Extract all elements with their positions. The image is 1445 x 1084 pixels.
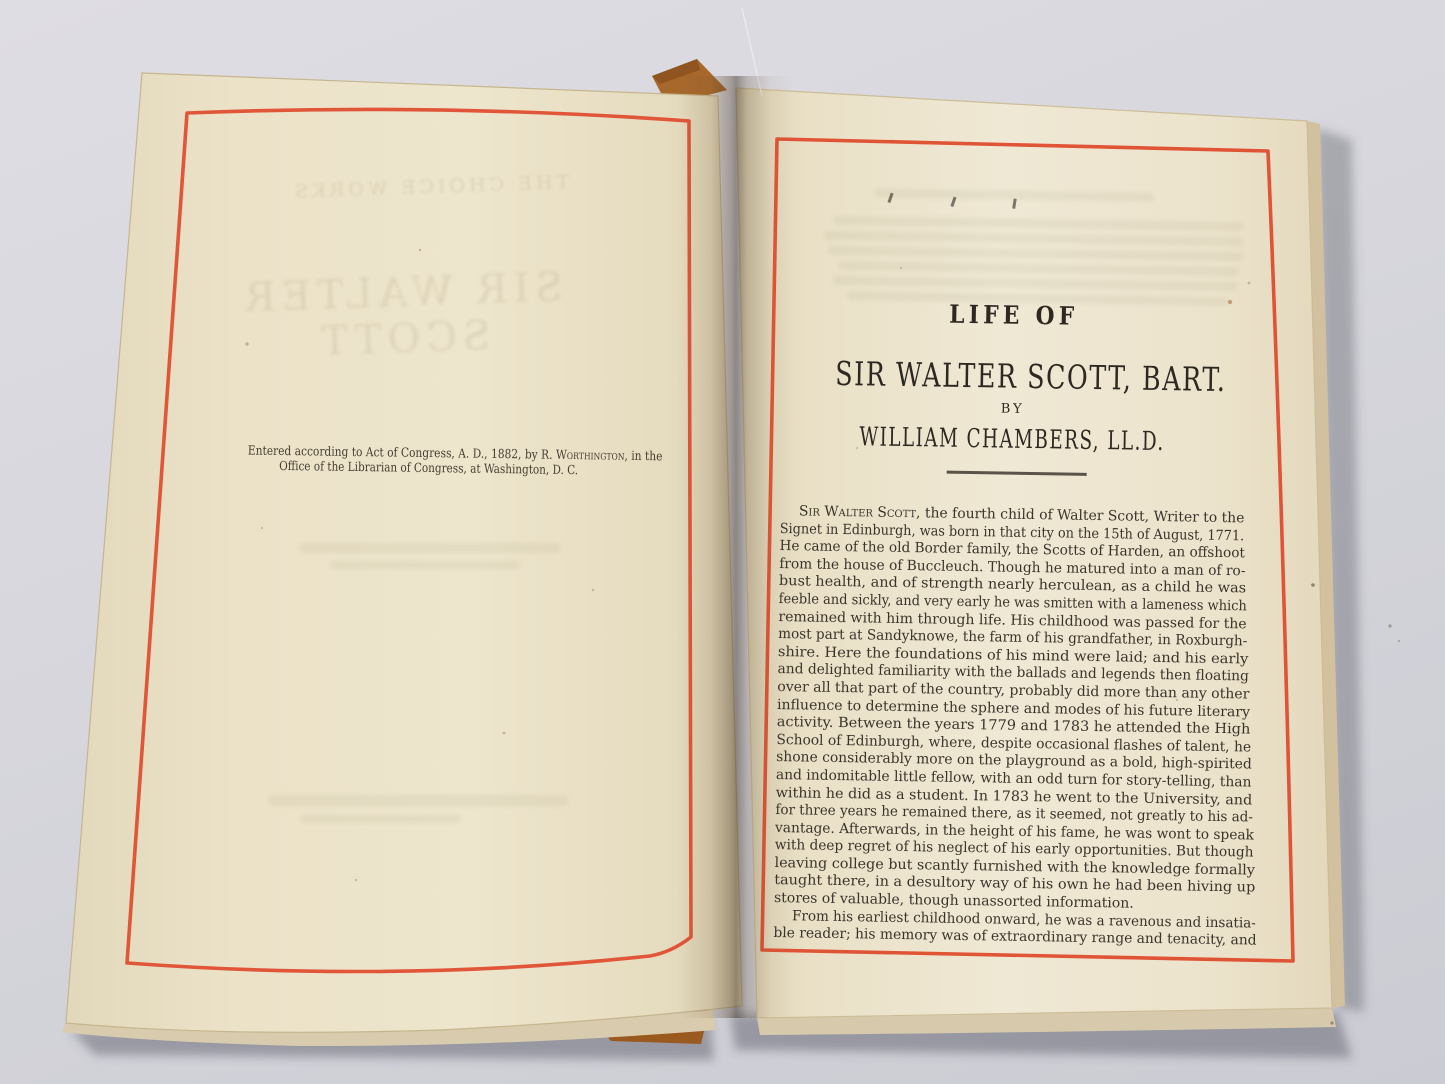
author-name: WILLIAM CHAMBERS, LL.D.: [775, 421, 1249, 458]
byline-text: BY: [1001, 402, 1025, 417]
ghost-streak: [300, 815, 460, 823]
ghost-streak: [330, 561, 520, 569]
ghost-streak: [833, 276, 1238, 291]
book-title-text: SIR WALTER SCOTT, BART.: [835, 354, 1227, 399]
ghost-streak: [838, 261, 1238, 276]
title-divider: [947, 471, 1087, 476]
book-photo: THE CHOICE WORKS SIR WALTER SCOTT Entere…: [0, 0, 1445, 1084]
lead-small-caps: Sir Walter Scott,: [799, 503, 921, 521]
ghost-streak: [834, 216, 1244, 231]
chapter-heading: LIFE OF: [777, 297, 1251, 333]
copyright-text: , in the: [624, 448, 662, 464]
copyright-notice: Entered according to Act of Congress, A.…: [212, 443, 646, 479]
author-name-text: WILLIAM CHAMBERS, LL.D.: [859, 422, 1165, 457]
ink-mark: [1012, 199, 1016, 209]
ghost-showthrough-title: SIR WALTER SCOTT: [209, 263, 596, 368]
chapter-heading-text: LIFE OF: [949, 300, 1079, 331]
book-title: SIR WALTER SCOTT, BART.: [776, 353, 1251, 399]
ghost-streak: [300, 543, 560, 553]
right-page-content: LIFE OF SIR WALTER SCOTT, BART. BY WILLI…: [767, 135, 1260, 972]
ghost-streak: [268, 795, 568, 806]
publisher-name: R. Worthington: [541, 447, 625, 463]
byline: BY: [776, 398, 1250, 420]
body-text: Sir Walter Scott, the fourth child of Wa…: [773, 503, 1254, 950]
ghost-streak: [823, 231, 1243, 247]
surface-scratch: [742, 8, 762, 96]
ghost-streak: [828, 246, 1243, 262]
